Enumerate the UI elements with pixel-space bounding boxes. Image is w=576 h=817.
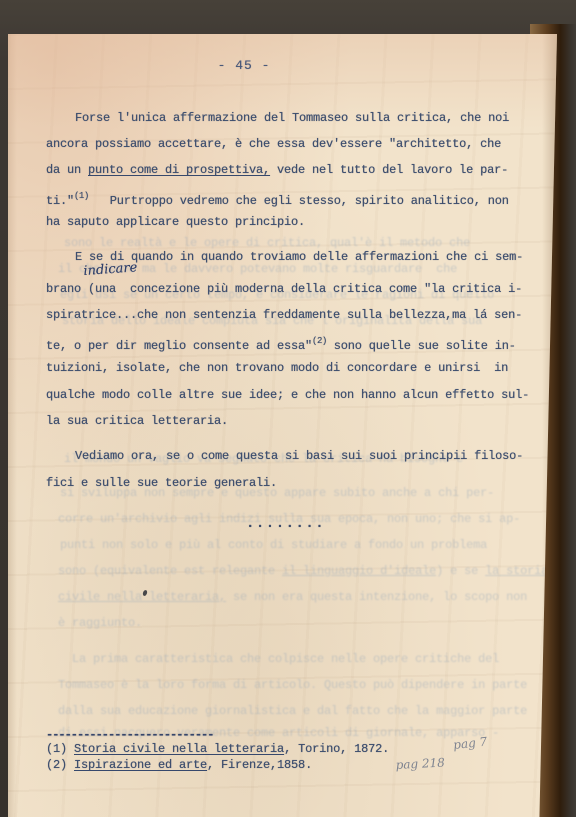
scanned-book-photo: - 45 - sono le realtà e le opere di crit… xyxy=(0,0,576,817)
section-separator-dots: ........ xyxy=(246,516,325,532)
typed-line: ti."(1) Purtroppo vedremo che egli stess… xyxy=(46,189,509,209)
typed-line: te, o per dir meglio consente ad essa"(2… xyxy=(46,334,516,354)
ghost-line: dalla sua educazione giornalistica e dal… xyxy=(58,704,527,718)
typed-line: fici e sulle sue teorie generali. xyxy=(46,476,277,491)
page-number: - 45 - xyxy=(8,58,480,73)
ghost-line: civile nella letteraria, se non era ques… xyxy=(58,590,527,604)
ghost-line: sono (equivalente est relegante il lingu… xyxy=(58,564,548,578)
typed-line: ancora possiamo accettare, è che essa de… xyxy=(46,137,501,152)
ghost-line: punti non solo e più al conto di studiar… xyxy=(60,538,487,552)
handwritten-note: pag 218 xyxy=(395,755,445,772)
handwritten-note: pag 7 xyxy=(453,735,488,752)
typed-line: E se di quando in quando troviamo delle … xyxy=(75,250,523,265)
footnote-rule: --------------------------- xyxy=(46,728,213,742)
typed-line: Forse l'unica affermazione del Tommaseo … xyxy=(75,111,509,126)
typed-line: da un punto come di prospettiva, vede ne… xyxy=(46,163,508,178)
ghost-line: è raggiunto. xyxy=(58,616,142,630)
typed-line: qualche modo colle altre sue idee; e che… xyxy=(46,388,529,403)
handwritten-note: indicare xyxy=(83,260,138,279)
typed-line: ha saputo applicare questo principio. xyxy=(46,215,305,230)
typed-line: brano (una concezione più moderna della … xyxy=(46,282,522,297)
document-page: - 45 - sono le realtà e le opere di crit… xyxy=(8,34,557,817)
footnote-line: (1) Storia civile nella letteraria, Tori… xyxy=(46,742,389,757)
ghost-line: Tommaseo è la loro forma di articolo. Qu… xyxy=(58,678,527,692)
ghost-line: La prima caratteristica che colpisce nel… xyxy=(72,652,499,666)
typed-line: Vediamo ora, se o come questa si basi su… xyxy=(75,449,523,464)
ghost-line: sono le realtà e le opere di critica, qu… xyxy=(64,236,470,250)
typed-line: spiratrice...che non sentenzia freddamen… xyxy=(46,308,522,323)
typed-line: tuizioni, isolate, che non trovano modo … xyxy=(46,361,508,376)
typed-line: la sua critica letteraria. xyxy=(46,414,228,429)
footnote-line: (2) Ispirazione ed arte, Firenze,1858. xyxy=(46,758,312,773)
